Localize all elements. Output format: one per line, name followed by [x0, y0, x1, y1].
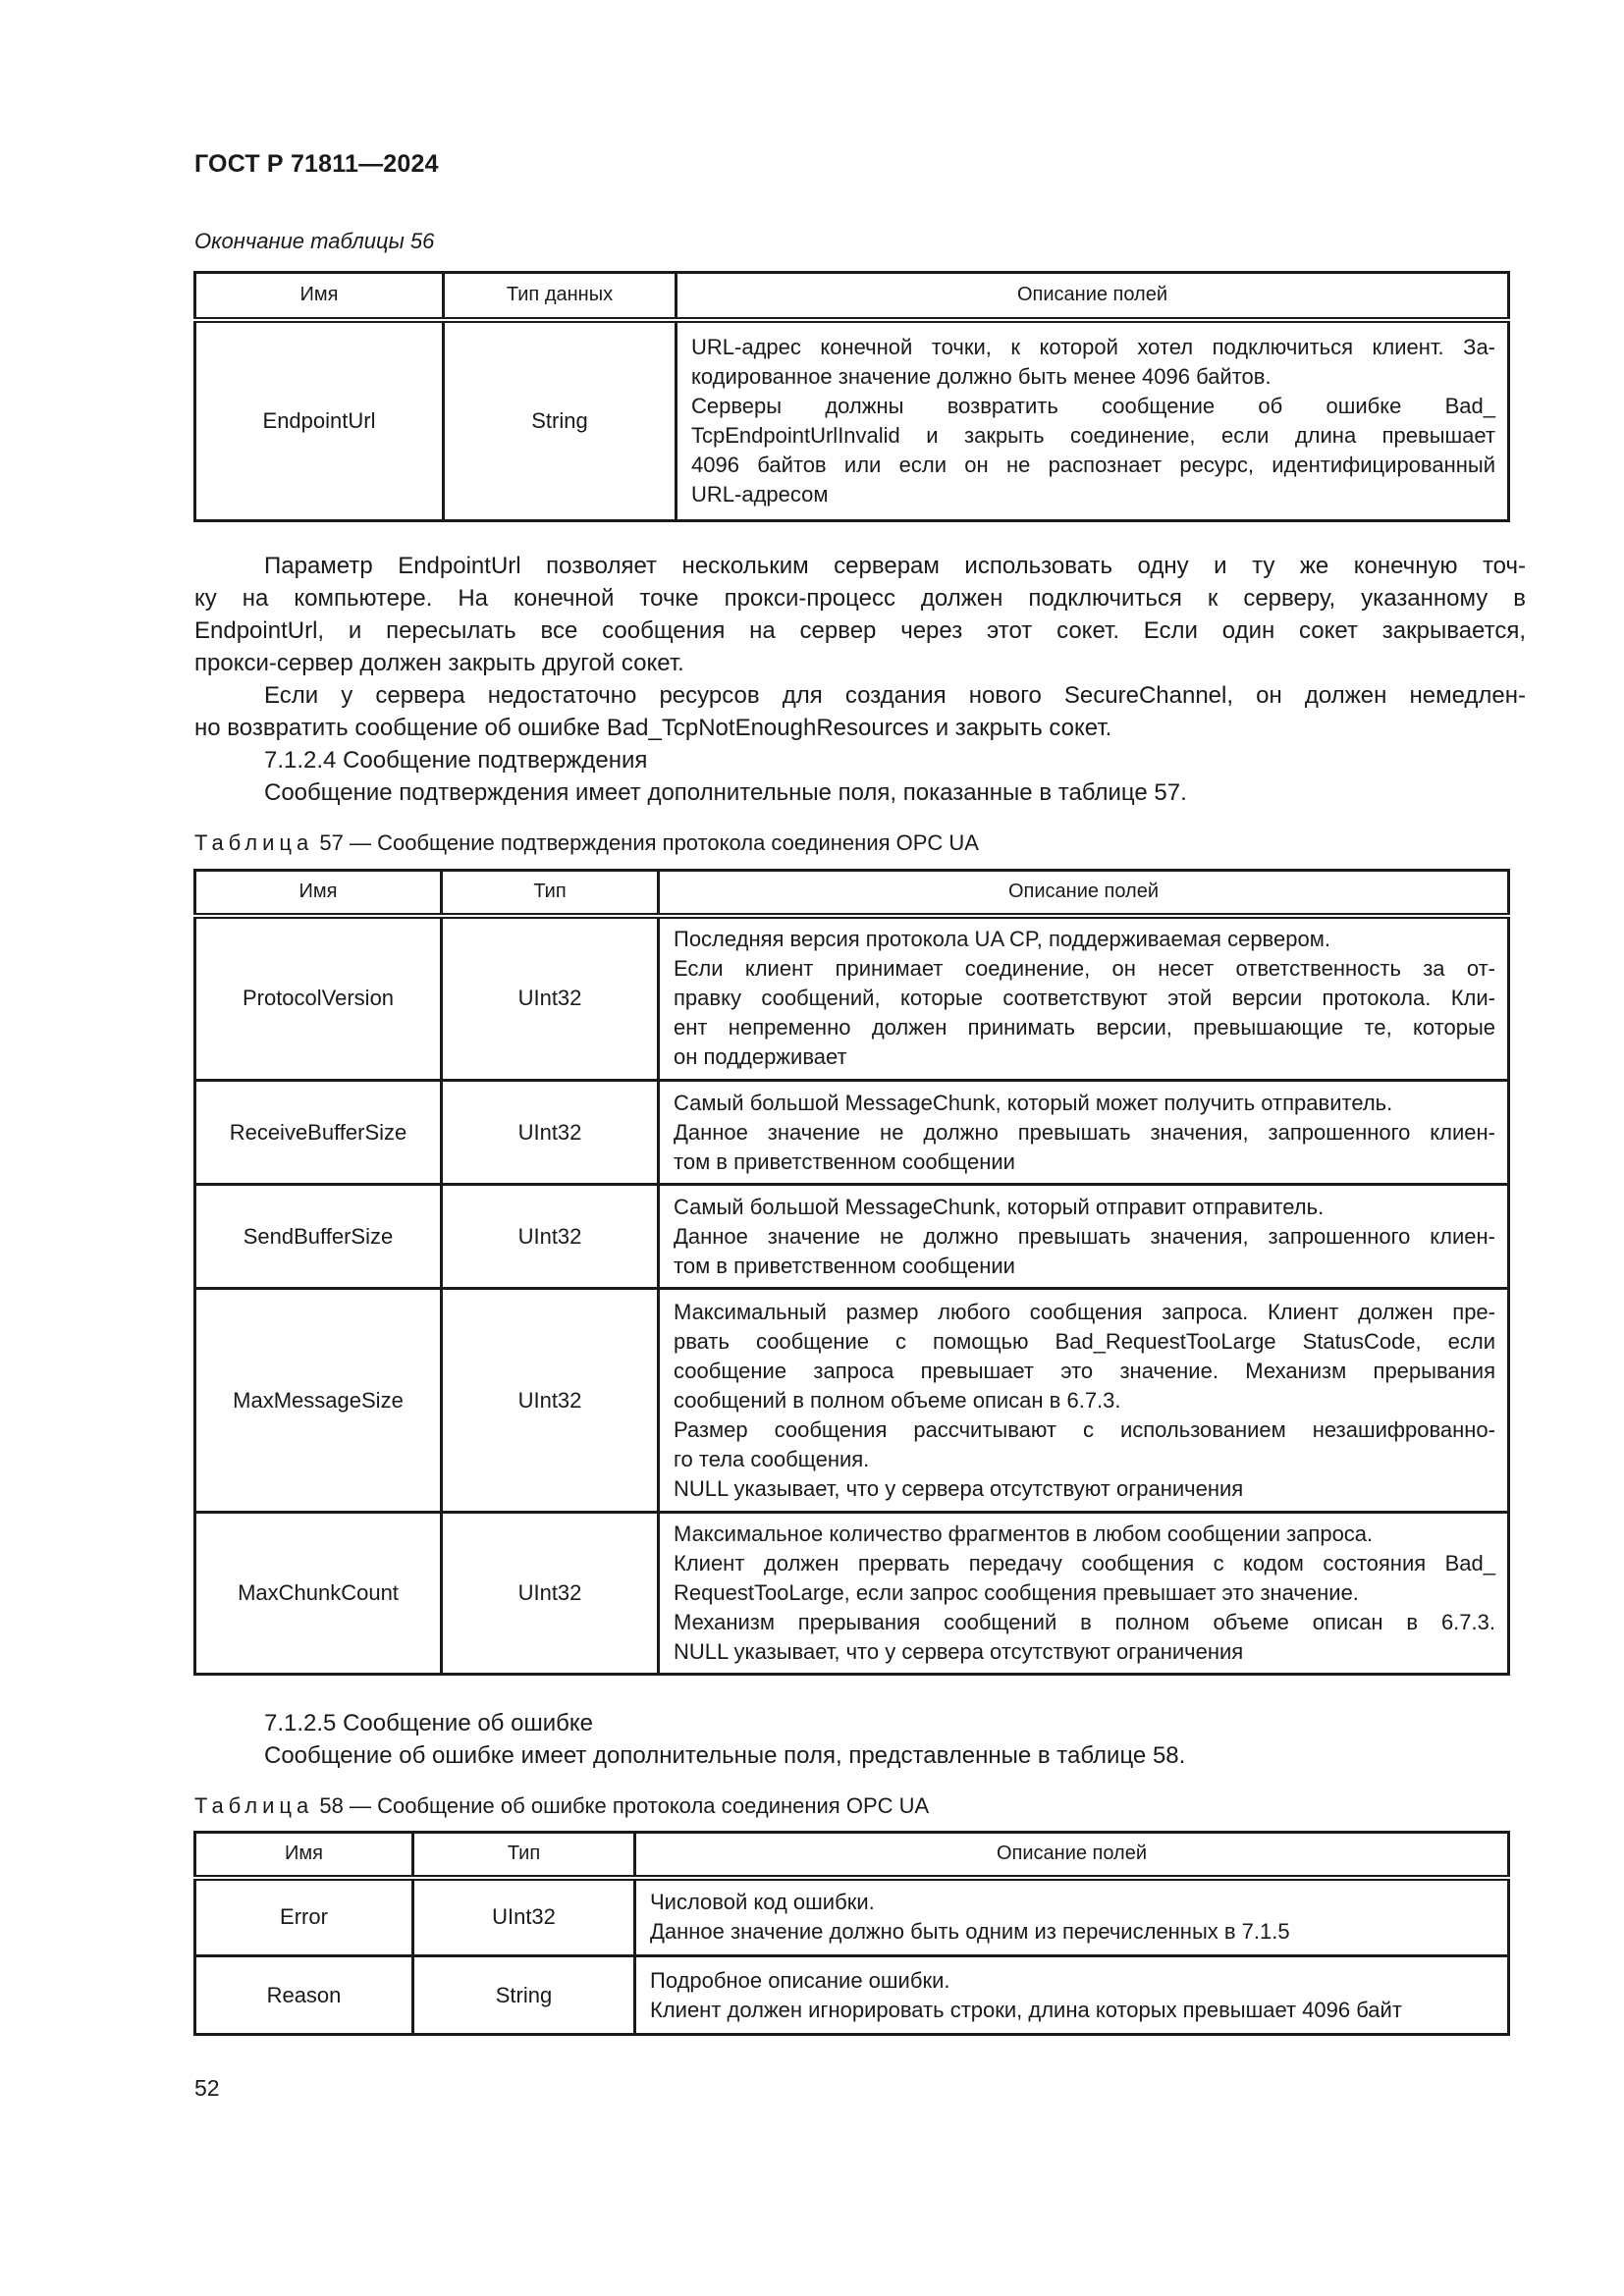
description-line: правку сообщений, которые соответствуют …: [674, 984, 1495, 1013]
caption-label: Таблица: [194, 1793, 313, 1818]
paragraph-endpoint-url: Параметр EndpointUrl позволяет нескольки…: [194, 550, 1526, 679]
field-description-cell: URL-адрес конечной точки, к которой хоте…: [677, 320, 1509, 521]
table-row: MaxMessageSizeUInt32Максимальный размер …: [195, 1289, 1509, 1513]
caption-title: 58 — Сообщение об ошибке протокола соеди…: [313, 1793, 929, 1818]
description-line: он поддерживает: [674, 1042, 1495, 1072]
field-name-cell: SendBufferSize: [195, 1185, 442, 1289]
column-header-type: Тип данных: [444, 273, 677, 320]
paragraph-line: EndpointUrl, и пересылать все сообщения …: [194, 614, 1526, 647]
paragraph-line: но возвратить сообщение об ошибке Bad_Tc…: [194, 712, 1526, 744]
description-line: Самый большой MessageChunk, который отпр…: [674, 1193, 1495, 1222]
table-header-row: Имя Тип Описание полей: [195, 871, 1509, 916]
description-line: сообщений в полном объеме описан в 6.7.3…: [674, 1386, 1495, 1415]
caption-title: 57 — Сообщение подтверждения протокола с…: [313, 830, 979, 855]
field-type-cell: UInt32: [442, 1513, 659, 1675]
document-code: ГОСТ Р 71811—2024: [194, 150, 439, 179]
table-58: Имя Тип Описание полей ErrorUInt32Числов…: [193, 1831, 1510, 2036]
description-line: кодированное значение должно быть менее …: [691, 362, 1495, 392]
section-heading-7125: 7.1.2.5 Сообщение об ошибке: [194, 1707, 1526, 1739]
description-line: Если клиент принимает соединение, он нес…: [674, 954, 1495, 984]
description-line: TcpEndpointUrlInvalid и закрыть соединен…: [691, 421, 1495, 451]
field-type-cell: UInt32: [442, 1289, 659, 1513]
table-row: ReceiveBufferSizeUInt32Самый большой Mes…: [195, 1081, 1509, 1185]
field-name-cell: MaxMessageSize: [195, 1289, 442, 1513]
field-name-cell: Error: [195, 1878, 413, 1956]
field-description-cell: Числовой код ошибки.Данное значение долж…: [635, 1878, 1509, 1956]
description-line: Числовой код ошибки.: [650, 1888, 1495, 1917]
field-name-cell: ReceiveBufferSize: [195, 1081, 442, 1185]
table-continuation-label: Окончание таблицы 56: [194, 229, 434, 254]
description-line: Самый большой MessageChunk, который може…: [674, 1089, 1495, 1118]
field-type-cell: UInt32: [442, 916, 659, 1081]
field-description-cell: Последняя версия протокола UA CP, поддер…: [659, 916, 1509, 1081]
table-58-caption: Таблица 58 — Сообщение об ошибке протоко…: [194, 1793, 929, 1819]
paragraph-not-enough-resources: Если у сервера недостаточно ресурсов для…: [194, 679, 1526, 744]
table-row: SendBufferSizeUInt32Самый большой Messag…: [195, 1185, 1509, 1289]
description-line: URL-адресом: [691, 480, 1495, 509]
table-row: MaxChunkCountUInt32Максимальное количест…: [195, 1513, 1509, 1675]
field-description-cell: Максимальное количество фрагментов в люб…: [659, 1513, 1509, 1675]
field-description-cell: Максимальный размер любого сообщения зап…: [659, 1289, 1509, 1513]
description-line: рвать сообщение с помощью Bad_RequestToo…: [674, 1327, 1495, 1357]
field-description-cell: Подробное описание ошибки.Клиент должен …: [635, 1956, 1509, 2035]
column-header-description: Описание полей: [659, 871, 1509, 916]
paragraph-table57-intro: Сообщение подтверждения имеет дополнител…: [194, 776, 1526, 809]
description-line: Последняя версия протокола UA CP, поддер…: [674, 925, 1495, 954]
description-line: Данное значение не должно превышать знач…: [674, 1118, 1495, 1148]
field-type-cell: UInt32: [442, 1185, 659, 1289]
paragraph-line: ку на компьютере. На конечной точке прок…: [194, 582, 1526, 614]
description-line: Максимальное количество фрагментов в люб…: [674, 1520, 1495, 1549]
field-name-cell: ProtocolVersion: [195, 916, 442, 1081]
description-line: RequestTooLarge, если запрос сообщения п…: [674, 1578, 1495, 1608]
description-line: Данное значение не должно превышать знач…: [674, 1222, 1495, 1252]
field-type-cell: UInt32: [413, 1878, 635, 1956]
paragraph-line: Сообщение об ошибке имеет дополнительные…: [194, 1739, 1526, 1772]
description-line: Клиент должен прервать передачу сообщени…: [674, 1549, 1495, 1578]
caption-label: Таблица: [194, 830, 313, 855]
description-line: URL-адрес конечной точки, к которой хоте…: [691, 333, 1495, 362]
description-line: Подробное описание ошибки.: [650, 1966, 1495, 1996]
column-header-name: Имя: [195, 273, 444, 320]
description-line: го тела сообщения.: [674, 1445, 1495, 1474]
paragraph-line: прокси-сервер должен закрыть другой соке…: [194, 647, 1526, 679]
table-56: Имя Тип данных Описание полей EndpointUr…: [193, 271, 1510, 522]
description-line: NULL указывает, что у сервера отсутствую…: [674, 1637, 1495, 1667]
field-description-cell: Самый большой MessageChunk, который може…: [659, 1081, 1509, 1185]
field-type-cell: UInt32: [442, 1081, 659, 1185]
field-type-cell: String: [413, 1956, 635, 2035]
column-header-type: Тип: [413, 1833, 635, 1878]
paragraph-line: Параметр EndpointUrl позволяет нескольки…: [194, 550, 1526, 582]
column-header-type: Тип: [442, 871, 659, 916]
description-line: Данное значение должно быть одним из пер…: [650, 1917, 1495, 1947]
description-line: том в приветственном сообщении: [674, 1148, 1495, 1177]
paragraph-table58-intro: Сообщение об ошибке имеет дополнительные…: [194, 1739, 1526, 1772]
table-header-row: Имя Тип Описание полей: [195, 1833, 1509, 1878]
table-57: Имя Тип Описание полей ProtocolVersionUI…: [193, 869, 1510, 1676]
description-line: Максимальный размер любого сообщения зап…: [674, 1298, 1495, 1327]
description-line: 4096 байтов или если он не распознает ре…: [691, 451, 1495, 480]
description-line: Серверы должны возвратить сообщение об о…: [691, 392, 1495, 421]
column-header-name: Имя: [195, 1833, 413, 1878]
column-header-description: Описание полей: [635, 1833, 1509, 1878]
section-title: 7.1.2.5 Сообщение об ошибке: [194, 1707, 1526, 1739]
column-header-name: Имя: [195, 871, 442, 916]
paragraph-line: Если у сервера недостаточно ресурсов для…: [194, 679, 1526, 712]
field-type-cell: String: [444, 320, 677, 521]
description-line: Клиент должен игнорировать строки, длина…: [650, 1996, 1495, 2025]
description-line: ент непременно должен принимать версии, …: [674, 1013, 1495, 1042]
table-row: ReasonStringПодробное описание ошибки.Кл…: [195, 1956, 1509, 2035]
field-name-cell: EndpointUrl: [195, 320, 444, 521]
table-row: ErrorUInt32Числовой код ошибки.Данное зн…: [195, 1878, 1509, 1956]
table-57-caption: Таблица 57 — Сообщение подтверждения про…: [194, 830, 979, 856]
field-name-cell: Reason: [195, 1956, 413, 2035]
page-number: 52: [194, 2075, 220, 2102]
paragraph-line: Сообщение подтверждения имеет дополнител…: [194, 776, 1526, 809]
column-header-description: Описание полей: [677, 273, 1509, 320]
field-description-cell: Самый большой MessageChunk, который отпр…: [659, 1185, 1509, 1289]
table-header-row: Имя Тип данных Описание полей: [195, 273, 1509, 320]
description-line: Механизм прерывания сообщений в полном о…: [674, 1608, 1495, 1637]
table-row: ProtocolVersionUInt32Последняя версия пр…: [195, 916, 1509, 1081]
field-name-cell: MaxChunkCount: [195, 1513, 442, 1675]
description-line: Размер сообщения рассчитывают с использо…: [674, 1415, 1495, 1445]
section-heading-7124: 7.1.2.4 Сообщение подтверждения: [194, 744, 1526, 776]
section-title: 7.1.2.4 Сообщение подтверждения: [194, 744, 1526, 776]
description-line: том в приветственном сообщении: [674, 1252, 1495, 1281]
description-line: сообщение запроса превышает это значение…: [674, 1357, 1495, 1386]
table-row: EndpointUrlStringURL-адрес конечной точк…: [195, 320, 1509, 521]
description-line: NULL указывает, что у сервера отсутствую…: [674, 1474, 1495, 1504]
